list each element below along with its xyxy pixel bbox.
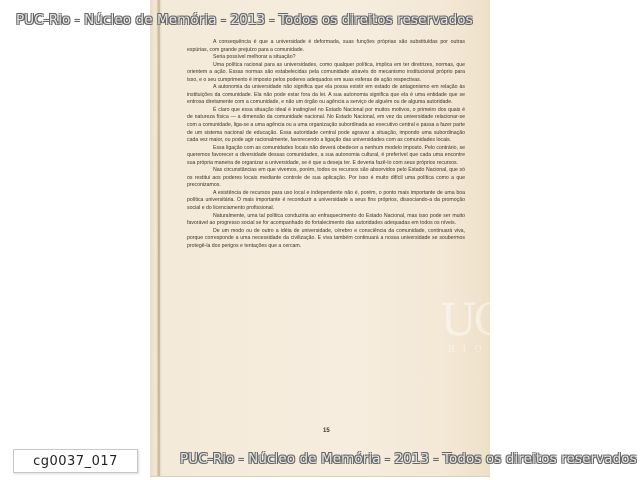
puc-rio-watermark-logo: UC RIO: [440, 295, 510, 365]
paragraph: A existência de recursos para uso local …: [187, 190, 465, 213]
paragraph: Seria possível melhorar a situação?: [187, 54, 465, 62]
paragraph: Nas circunstâncias em que vivemos, porém…: [187, 167, 465, 190]
document-id-text: cg0037_017: [33, 454, 118, 469]
copyright-watermark-bottom: PUC-Rio - Núcleo de Memória - 2013 - Tod…: [180, 451, 637, 467]
copyright-watermark-top: PUC-Rio - Núcleo de Memória - 2013 - Tod…: [16, 12, 473, 28]
scanned-document-page: A consequência é que a universidade é de…: [150, 0, 490, 476]
page-fold-shadow: [158, 0, 160, 476]
page-body-text: A consequência é que a universidade é de…: [187, 39, 465, 250]
watermark-logo-subtext: RIO: [448, 345, 490, 355]
paragraph: Essa ligação com as comunidades locais n…: [187, 145, 465, 168]
watermark-logo-text: UC: [440, 295, 503, 346]
page-number: 15: [323, 428, 330, 434]
document-id-label: cg0037_017: [13, 449, 138, 473]
paragraph: Naturalmente, uma tal política conduziri…: [187, 213, 465, 228]
paragraph: Uma política racional para as universida…: [187, 62, 465, 85]
paragraph: É claro que essa situação ideal é inatin…: [187, 107, 465, 145]
paragraph: De um modo ou de outro a idéia de univer…: [187, 228, 465, 251]
paragraph: A consequência é que a universidade é de…: [187, 39, 465, 54]
paragraph: A autonomia da universidade não signific…: [187, 84, 465, 107]
